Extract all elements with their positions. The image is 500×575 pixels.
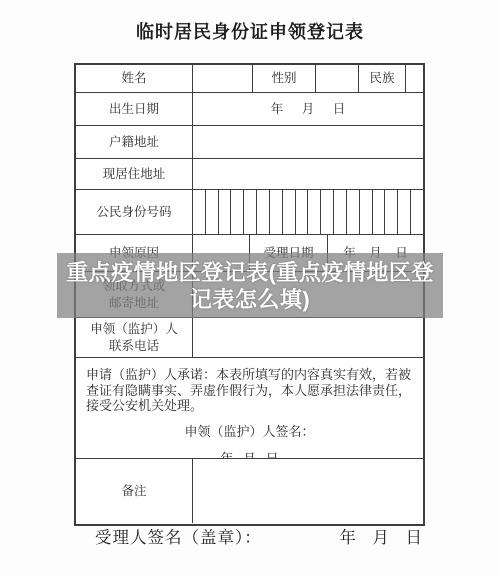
remarks-label: 备注: [76, 459, 193, 523]
name-value-cell: [193, 65, 253, 92]
row-remarks: 备注: [76, 459, 423, 523]
id-digit-cell: [308, 190, 321, 234]
scanned-form-page: 临时居民身份证申领登记表 姓名 性别 民族 出生日期 年 月 日 户籍地址 现居…: [0, 0, 500, 575]
declaration-cell: 申请（监护）人承诺：本表所填写的内容真实有效，若被查证有隐瞒事实、弄虚作假行为，…: [76, 358, 423, 458]
remarks-value-cell: [193, 459, 423, 523]
acceptor-signature-line: 受理人签名（盖章）： 年 月 日: [95, 524, 423, 548]
ethnicity-label: 民族: [359, 65, 406, 92]
row-current-address: 现居住地址: [76, 159, 423, 190]
contact-phone-label-line1: 申领（监护）人: [90, 322, 178, 336]
current-address-label: 现居住地址: [76, 159, 193, 189]
current-address-value-cell: [193, 159, 423, 189]
acceptor-signature-date: 年 月 日: [339, 524, 423, 548]
household-address-label: 户籍地址: [76, 126, 193, 158]
row-declaration: 申请（监护）人承诺：本表所填写的内容真实有效，若被查证有隐瞒事实、弄虚作假行为，…: [76, 358, 423, 459]
id-digit-grid: [193, 190, 423, 234]
id-digit-cell: [231, 190, 244, 234]
id-digit-cell: [296, 190, 309, 234]
ethnicity-value-cell: [406, 65, 423, 92]
id-digit-cell: [257, 190, 270, 234]
contact-phone-label-line2: 联系电话: [109, 339, 159, 353]
row-name-gender-ethnicity: 姓名 性别 民族: [76, 65, 423, 93]
id-digit-cell: [270, 190, 283, 234]
declaration-paragraph: 申请（监护）人承诺：本表所填写的内容真实有效，若被查证有隐瞒事实、弄虚作假行为，…: [86, 367, 413, 414]
id-digit-cell: [398, 190, 411, 234]
form-title: 临时居民身份证申领登记表: [0, 18, 500, 44]
watermark-caption-line2: 记表怎么填): [190, 286, 310, 313]
contact-phone-label: 申领（监护）人 联系电话: [76, 318, 193, 357]
acceptor-signature-label: 受理人签名（盖章）：: [95, 524, 262, 548]
applicant-signature-label: 申领（监护）人签名：: [86, 424, 413, 440]
birth-date-value-cell: 年 月 日: [193, 93, 423, 125]
row-household-address: 户籍地址: [76, 126, 423, 159]
id-digit-cell: [373, 190, 386, 234]
birth-date-label: 出生日期: [76, 93, 193, 125]
contact-phone-value-cell: [193, 318, 423, 357]
id-digit-cell: [206, 190, 219, 234]
citizen-id-label: 公民身份号码: [76, 190, 193, 234]
applicant-signature-date: 年 月 日: [86, 451, 413, 458]
name-label: 姓名: [76, 65, 193, 92]
id-digit-cell: [244, 190, 257, 234]
row-contact-phone: 申领（监护）人 联系电话: [76, 318, 423, 358]
gender-label: 性别: [253, 65, 316, 92]
gender-value-cell: [316, 65, 359, 92]
id-digit-cell: [385, 190, 398, 234]
id-digit-cell: [411, 190, 423, 234]
id-digit-cell: [347, 190, 360, 234]
row-citizen-id: 公民身份号码: [76, 190, 423, 235]
id-digit-cell: [360, 190, 373, 234]
id-digit-cell: [334, 190, 347, 234]
row-birth-date: 出生日期 年 月 日: [76, 93, 423, 126]
household-address-value-cell: [193, 126, 423, 158]
id-digit-cell: [283, 190, 296, 234]
id-digit-cell: [321, 190, 334, 234]
id-digit-cell: [193, 190, 206, 234]
watermark-caption-line1: 重点疫情地区登记表(重点疫情地区登: [66, 259, 434, 286]
watermark-caption-overlay: 重点疫情地区登记表(重点疫情地区登 记表怎么填): [57, 253, 443, 318]
id-digit-cell: [219, 190, 232, 234]
